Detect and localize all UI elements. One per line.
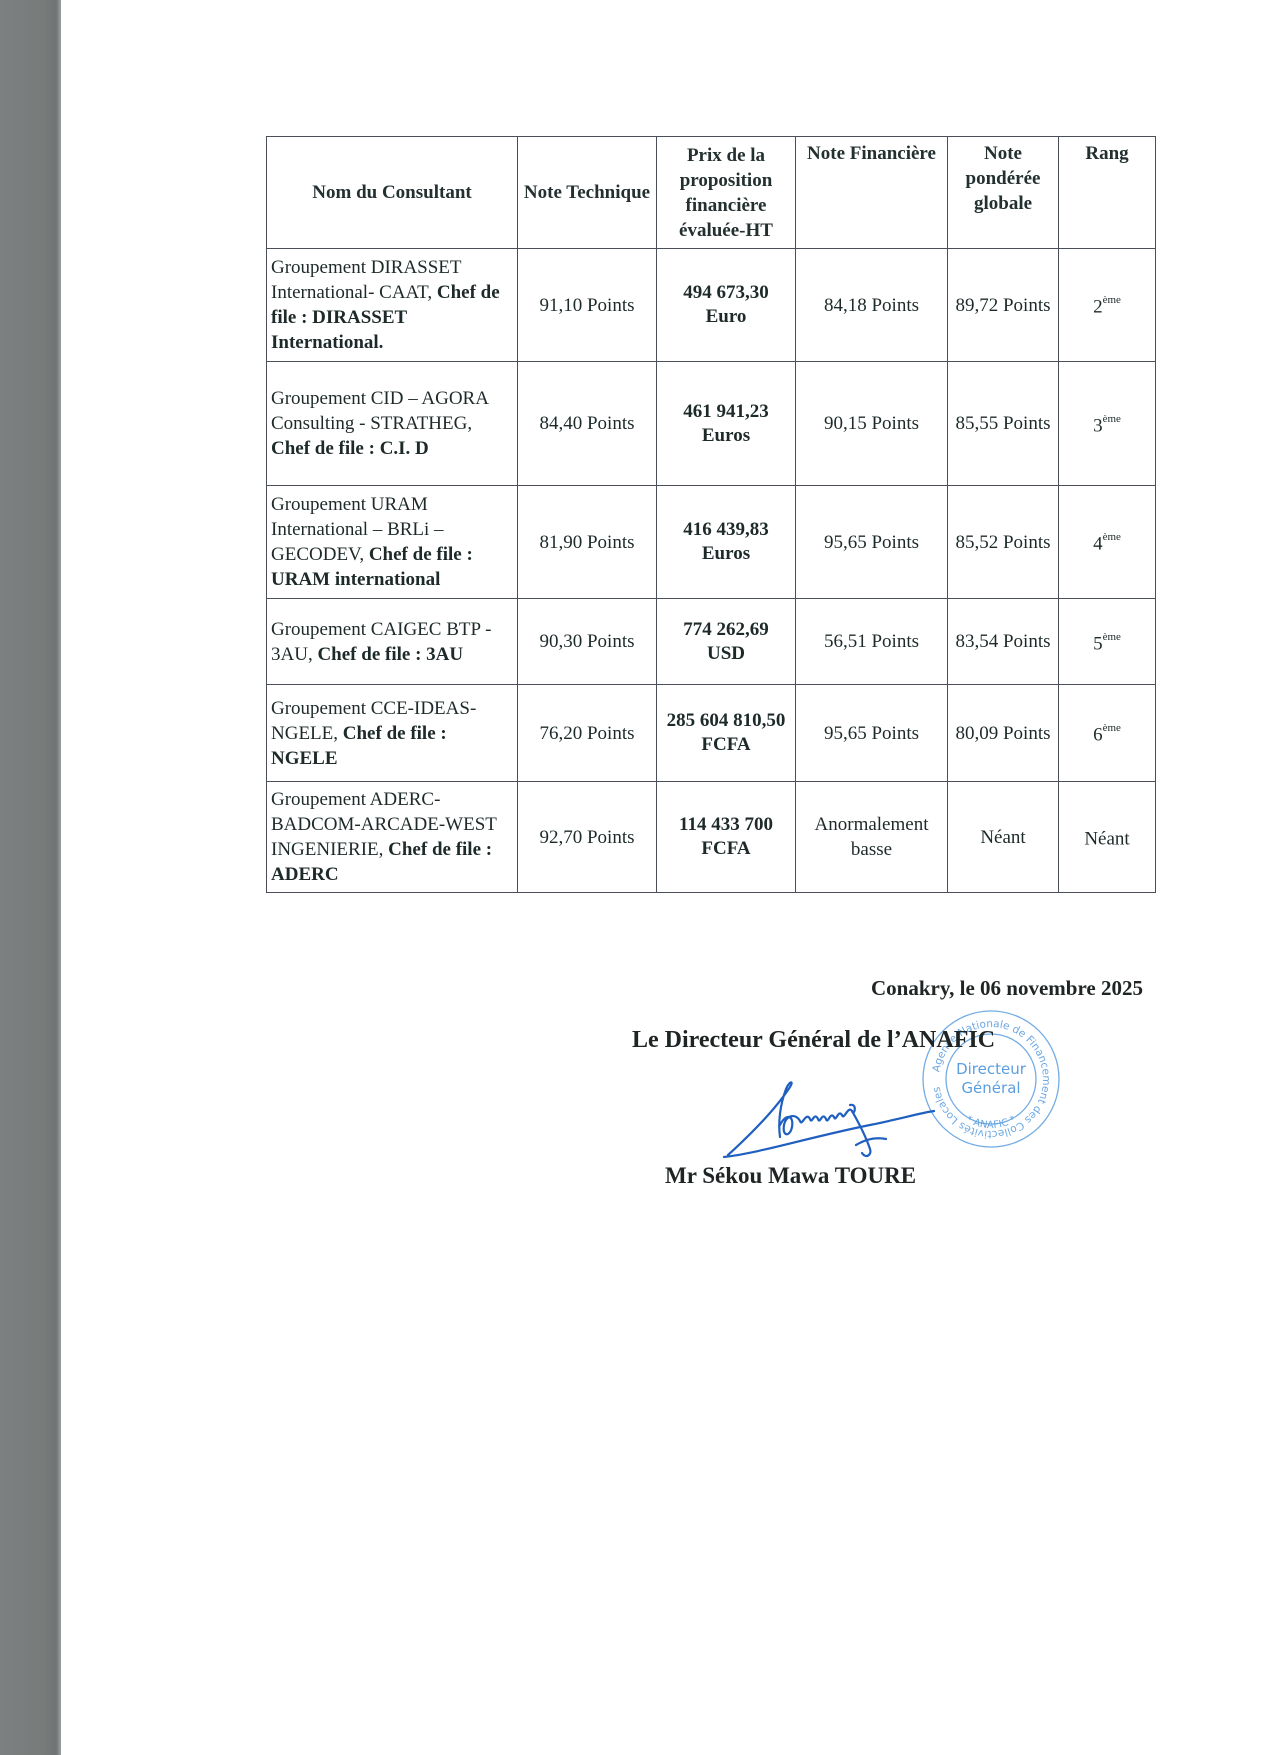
price-cell: 114 433 700FCFA xyxy=(657,782,796,893)
rank-suffix: ème xyxy=(1103,413,1121,425)
rank-suffix: ème xyxy=(1103,531,1121,543)
price-cell: 285 604 810,50FCFA xyxy=(657,685,796,782)
header-financial-score: Note Financière xyxy=(796,137,948,249)
rank-number: 6 xyxy=(1093,725,1103,746)
consultant-name: Groupement DIRASSET International- CAAT, xyxy=(271,257,461,303)
price-amount: 285 604 810,50 xyxy=(661,709,791,733)
financial-score: Anormalement basse xyxy=(796,782,948,893)
financial-score: 56,51 Points xyxy=(796,599,948,685)
price-amount: 774 262,69 xyxy=(661,618,791,642)
rank-number: 3 xyxy=(1093,415,1103,436)
stamp-center-line2: Général xyxy=(961,1079,1020,1097)
price-currency: USD xyxy=(661,642,791,666)
consultant-cell: Groupement ADERC-BADCOM-ARCADE-WEST INGE… xyxy=(267,782,518,893)
header-technical-score: Note Technique xyxy=(518,137,657,249)
stamp-center-line1: Directeur xyxy=(956,1060,1027,1078)
price-amount: 114 433 700 xyxy=(661,813,791,837)
rank-suffix: ème xyxy=(1103,631,1121,643)
weighted-score: 85,55 Points xyxy=(948,362,1059,486)
technical-score: 81,90 Points xyxy=(518,486,657,599)
financial-score: 95,65 Points xyxy=(796,685,948,782)
technical-score: 92,70 Points xyxy=(518,782,657,893)
consultant-name: Groupement CID – AGORA Consulting - STRA… xyxy=(271,388,488,434)
technical-score: 76,20 Points xyxy=(518,685,657,782)
rank-cell: 2ème xyxy=(1059,249,1156,362)
header-rank: Rang xyxy=(1059,137,1156,249)
consultant-cell: Groupement DIRASSET International- CAAT,… xyxy=(267,249,518,362)
rank-cell: 4ème xyxy=(1059,486,1156,599)
price-cell: 494 673,30Euro xyxy=(657,249,796,362)
price-cell: 461 941,23Euros xyxy=(657,362,796,486)
table-row: Groupement URAM International – BRLi – G… xyxy=(267,486,1156,599)
price-cell: 774 262,69USD xyxy=(657,599,796,685)
consultant-cell: Groupement CAIGEC BTP - 3AU, Chef de fil… xyxy=(267,599,518,685)
rank-suffix: ème xyxy=(1103,722,1121,734)
header-price: Prix de la proposition financière évalué… xyxy=(657,137,796,249)
price-amount: 494 673,30 xyxy=(661,281,791,305)
weighted-score: 83,54 Points xyxy=(948,599,1059,685)
price-cell: 416 439,83Euros xyxy=(657,486,796,599)
header-consultant: Nom du Consultant xyxy=(267,137,518,249)
lead-firm: Chef de file : 3AU xyxy=(317,644,463,665)
technical-score: 90,30 Points xyxy=(518,599,657,685)
price-currency: Euro xyxy=(661,305,791,329)
price-currency: Euros xyxy=(661,542,791,566)
consultant-cell: Groupement URAM International – BRLi – G… xyxy=(267,486,518,599)
rank-cell: 6ème xyxy=(1059,685,1156,782)
technical-score: 91,10 Points xyxy=(518,249,657,362)
weighted-score: Néant xyxy=(948,782,1059,893)
evaluation-results-table: Nom du Consultant Note Technique Prix de… xyxy=(266,136,1156,893)
financial-score: 84,18 Points xyxy=(796,249,948,362)
price-amount: 416 439,83 xyxy=(661,518,791,542)
price-currency: Euros xyxy=(661,424,791,448)
rank-number: 5 xyxy=(1093,633,1103,654)
price-currency: FCFA xyxy=(661,733,791,757)
weighted-score: 89,72 Points xyxy=(948,249,1059,362)
header-weighted-score: Note pondérée globale xyxy=(948,137,1059,249)
financial-score: 90,15 Points xyxy=(796,362,948,486)
table-row: Groupement CAIGEC BTP - 3AU, Chef de fil… xyxy=(267,599,1156,685)
table-row: Groupement DIRASSET International- CAAT,… xyxy=(267,249,1156,362)
price-amount: 461 941,23 xyxy=(661,400,791,424)
rank-cell: 5ème xyxy=(1059,599,1156,685)
handwritten-signature xyxy=(720,1075,940,1170)
technical-score: 84,40 Points xyxy=(518,362,657,486)
rank-number: Néant xyxy=(1084,829,1129,850)
consultant-cell: Groupement CID – AGORA Consulting - STRA… xyxy=(267,362,518,486)
weighted-score: 85,52 Points xyxy=(948,486,1059,599)
rank-number: 2 xyxy=(1093,297,1103,318)
rank-cell: 3ème xyxy=(1059,362,1156,486)
price-currency: FCFA xyxy=(661,837,791,861)
financial-score: 95,65 Points xyxy=(796,486,948,599)
rank-suffix: ème xyxy=(1103,294,1121,306)
lead-firm: Chef de file : C.I. D xyxy=(271,438,429,459)
table-row: Groupement CCE-IDEAS-NGELE, Chef de file… xyxy=(267,685,1156,782)
scan-shadow-edge xyxy=(0,0,61,1755)
consultant-cell: Groupement CCE-IDEAS-NGELE, Chef de file… xyxy=(267,685,518,782)
table-row: Groupement CID – AGORA Consulting - STRA… xyxy=(267,362,1156,486)
table-header-row: Nom du Consultant Note Technique Prix de… xyxy=(267,137,1156,249)
signatory-title: Le Directeur Général de l’ANAFIC xyxy=(632,1027,995,1054)
place-and-date: Conakry, le 06 novembre 2025 xyxy=(871,976,1143,1001)
weighted-score: 80,09 Points xyxy=(948,685,1059,782)
rank-cell: Néant xyxy=(1059,782,1156,893)
table-row: Groupement ADERC-BADCOM-ARCADE-WEST INGE… xyxy=(267,782,1156,893)
rank-number: 4 xyxy=(1093,534,1103,555)
